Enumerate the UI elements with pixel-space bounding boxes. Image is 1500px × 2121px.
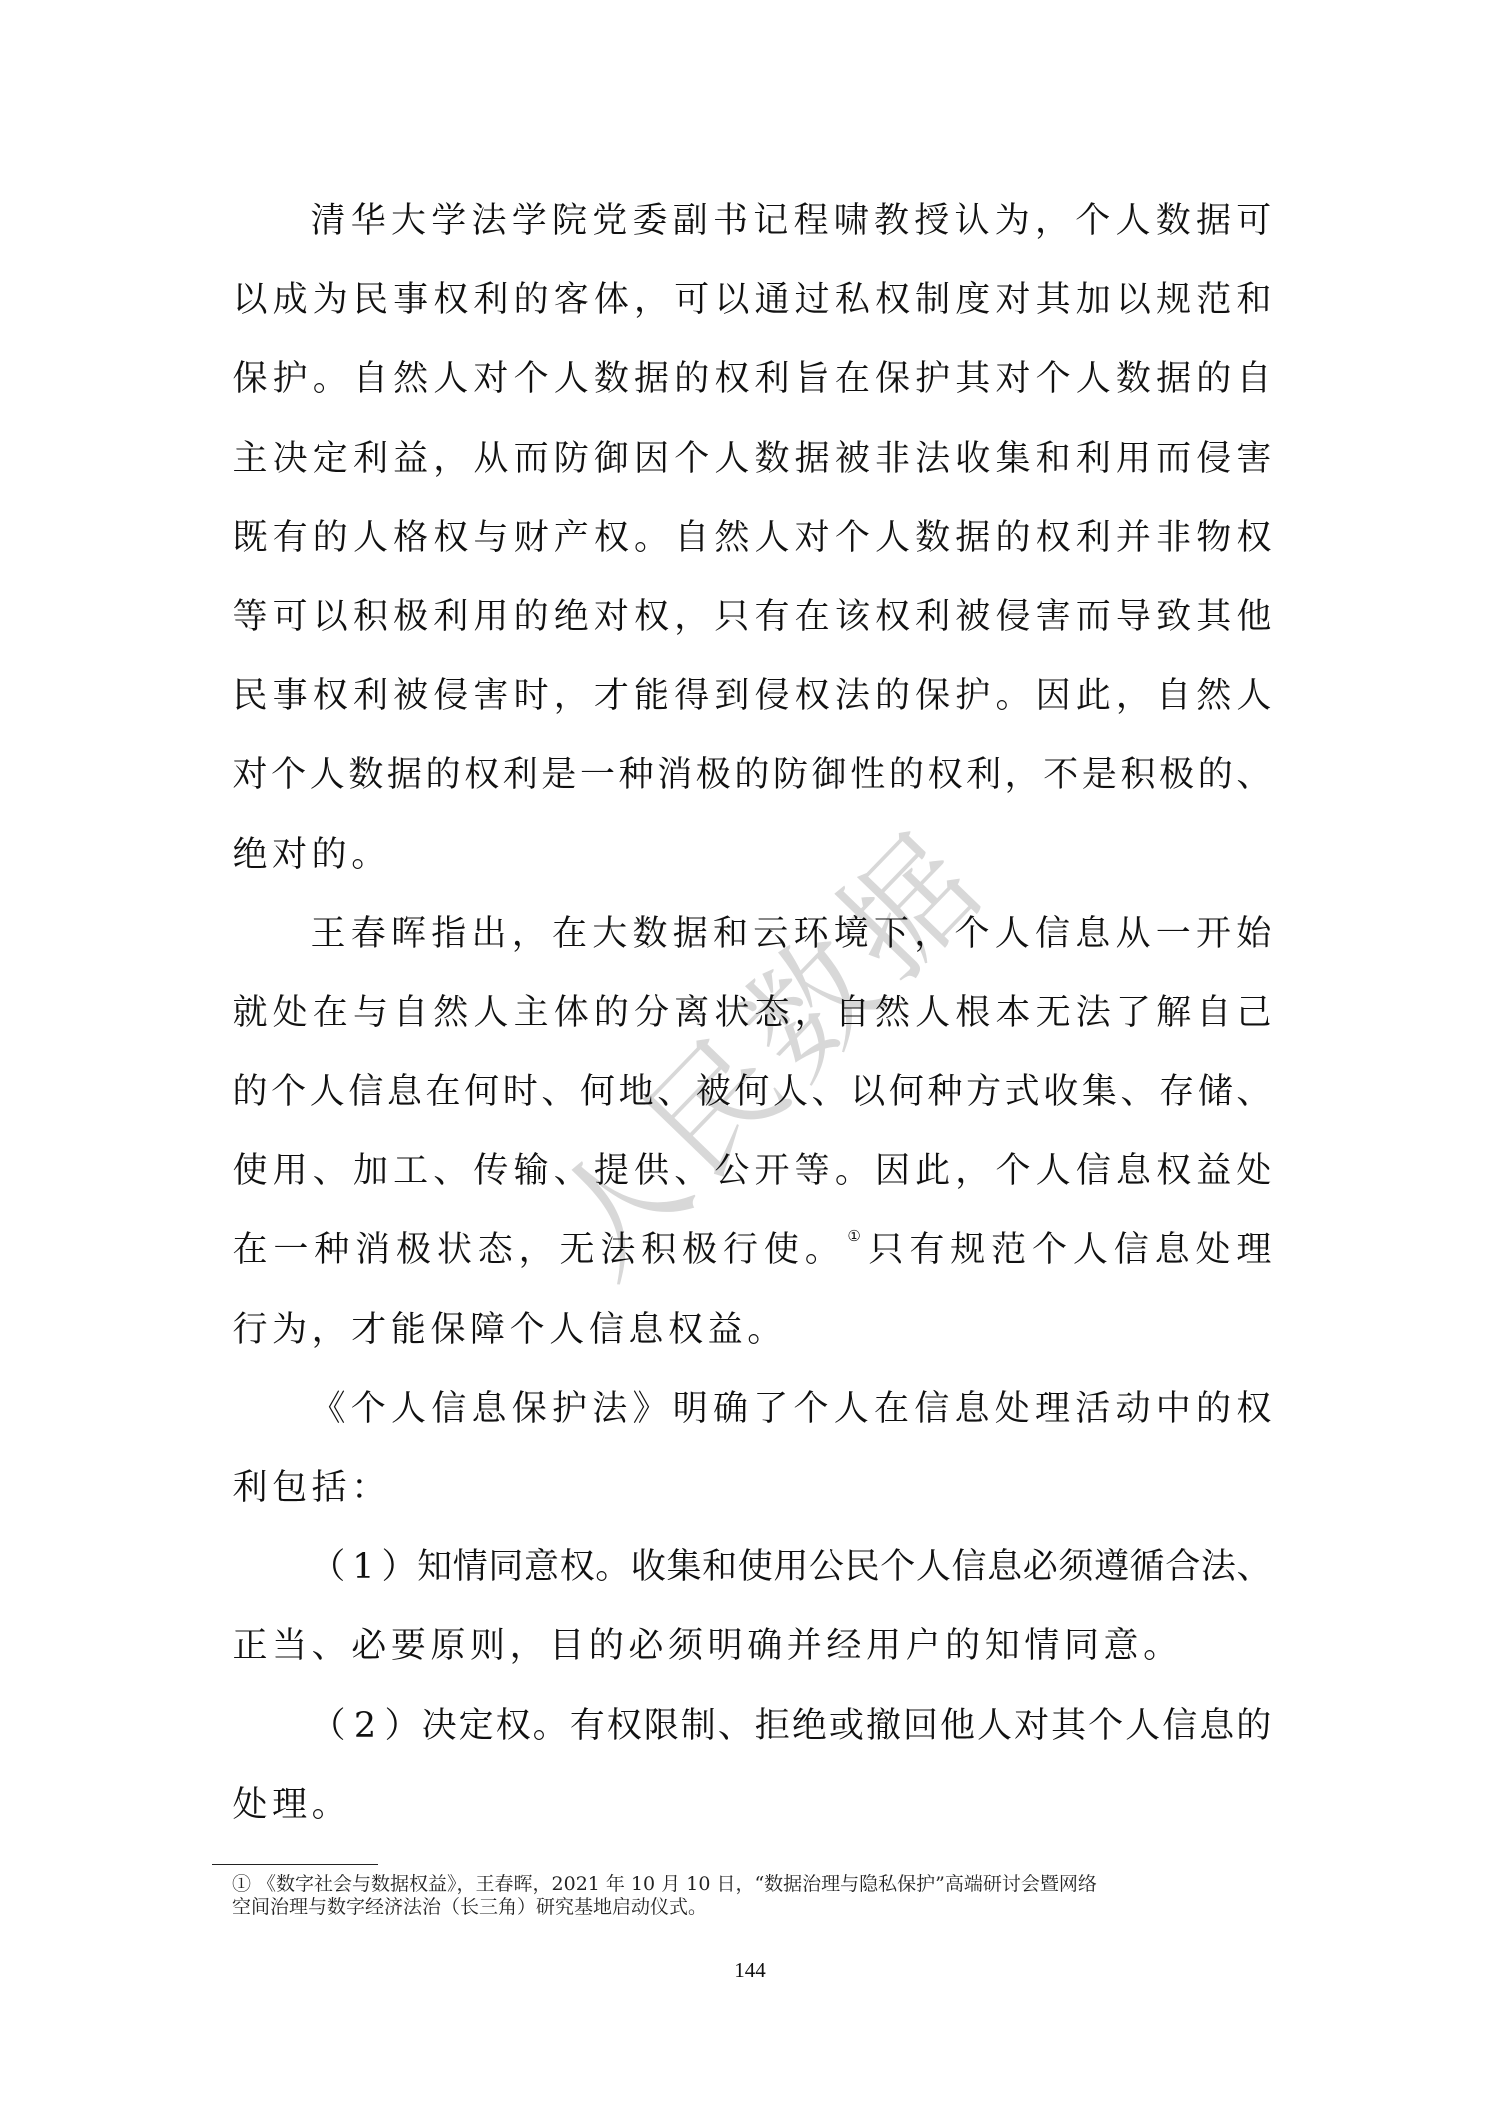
text-line: （2）决定权。有权限制、拒绝或撤回他人对其个人信息的 bbox=[232, 1687, 1272, 1766]
text-line: 等可以积极利用的绝对权，只有在该权利被侵害而导致其他 bbox=[232, 578, 1272, 657]
text-line: 保护。自然人对个人数据的权利旨在保护其对个人数据的自 bbox=[232, 340, 1272, 419]
text-line: 清华大学法学院党委副书记程啸教授认为，个人数据可 bbox=[232, 182, 1272, 261]
document-page: 人民数据 清华大学法学院党委副书记程啸教授认为，个人数据可以成为民事权利的客体，… bbox=[0, 0, 1500, 2121]
paragraph-p2: 王春晖指出，在大数据和云环境下，个人信息从一开始就处在与自然人主体的分离状态，自… bbox=[232, 895, 1272, 1370]
text-line: 在一种消极状态，无法积极行使。①只有规范个人信息处理 bbox=[232, 1211, 1272, 1290]
text-line: （1）知情同意权。收集和使用公民个人信息必须遵循合法、 bbox=[232, 1528, 1272, 1607]
text-layer: 清华大学法学院党委副书记程啸教授认为，个人数据可以成为民事权利的客体，可以通过私… bbox=[0, 0, 1500, 2121]
text-line: 利包括： bbox=[232, 1449, 1272, 1528]
text-line: 正当、必要原则，目的必须明确并经用户的知情同意。 bbox=[232, 1607, 1272, 1686]
text-line: 绝对的。 bbox=[232, 816, 1272, 895]
footnote-divider bbox=[212, 1864, 378, 1865]
text-line: 就处在与自然人主体的分离状态，自然人根本无法了解自己 bbox=[232, 974, 1272, 1053]
footnote-line: 空间治理与数字经济法治（长三角）研究基地启动仪式。 bbox=[232, 1896, 1272, 1919]
text-line: 《个人信息保护法》明确了个人在信息处理活动中的权 bbox=[232, 1370, 1272, 1449]
text-line: 处理。 bbox=[232, 1766, 1272, 1845]
footnote-reference: ① bbox=[845, 1197, 863, 1276]
text-line: 王春晖指出，在大数据和云环境下，个人信息从一开始 bbox=[232, 895, 1272, 974]
text-line: 以成为民事权利的客体，可以通过私权制度对其加以规范和 bbox=[232, 261, 1272, 340]
text-line: 行为，才能保障个人信息权益。 bbox=[232, 1291, 1272, 1370]
text-line: 主决定利益，从而防御因个人数据被非法收集和利用而侵害 bbox=[232, 420, 1272, 499]
text-line: 的个人信息在何时、何地、被何人、以何种方式收集、存储、 bbox=[232, 1053, 1272, 1132]
text-line: 使用、加工、传输、提供、公开等。因此，个人信息权益处 bbox=[232, 1132, 1272, 1211]
text-line: 既有的人格权与财产权。自然人对个人数据的权利并非物权 bbox=[232, 499, 1272, 578]
footnote: ① 《数字社会与数据权益》，王春晖，2021 年 10 月 10 日，“数据治理… bbox=[232, 1873, 1272, 1919]
paragraph-p5: （2）决定权。有权限制、拒绝或撤回他人对其个人信息的处理。 bbox=[232, 1687, 1272, 1845]
text-line: 民事权利被侵害时，才能得到侵权法的保护。因此，自然人 bbox=[232, 657, 1272, 736]
page-number: 144 bbox=[0, 1958, 1500, 1983]
paragraph-p4: （1）知情同意权。收集和使用公民个人信息必须遵循合法、正当、必要原则，目的必须明… bbox=[232, 1528, 1272, 1686]
text-line: 对个人数据的权利是一种消极的防御性的权利，不是积极的、 bbox=[232, 736, 1272, 815]
body-text: 清华大学法学院党委副书记程啸教授认为，个人数据可以成为民事权利的客体，可以通过私… bbox=[232, 182, 1272, 1845]
paragraph-p3: 《个人信息保护法》明确了个人在信息处理活动中的权利包括： bbox=[232, 1370, 1272, 1528]
paragraph-p1: 清华大学法学院党委副书记程啸教授认为，个人数据可以成为民事权利的客体，可以通过私… bbox=[232, 182, 1272, 895]
footnote-line: ① 《数字社会与数据权益》，王春晖，2021 年 10 月 10 日，“数据治理… bbox=[232, 1873, 1272, 1896]
